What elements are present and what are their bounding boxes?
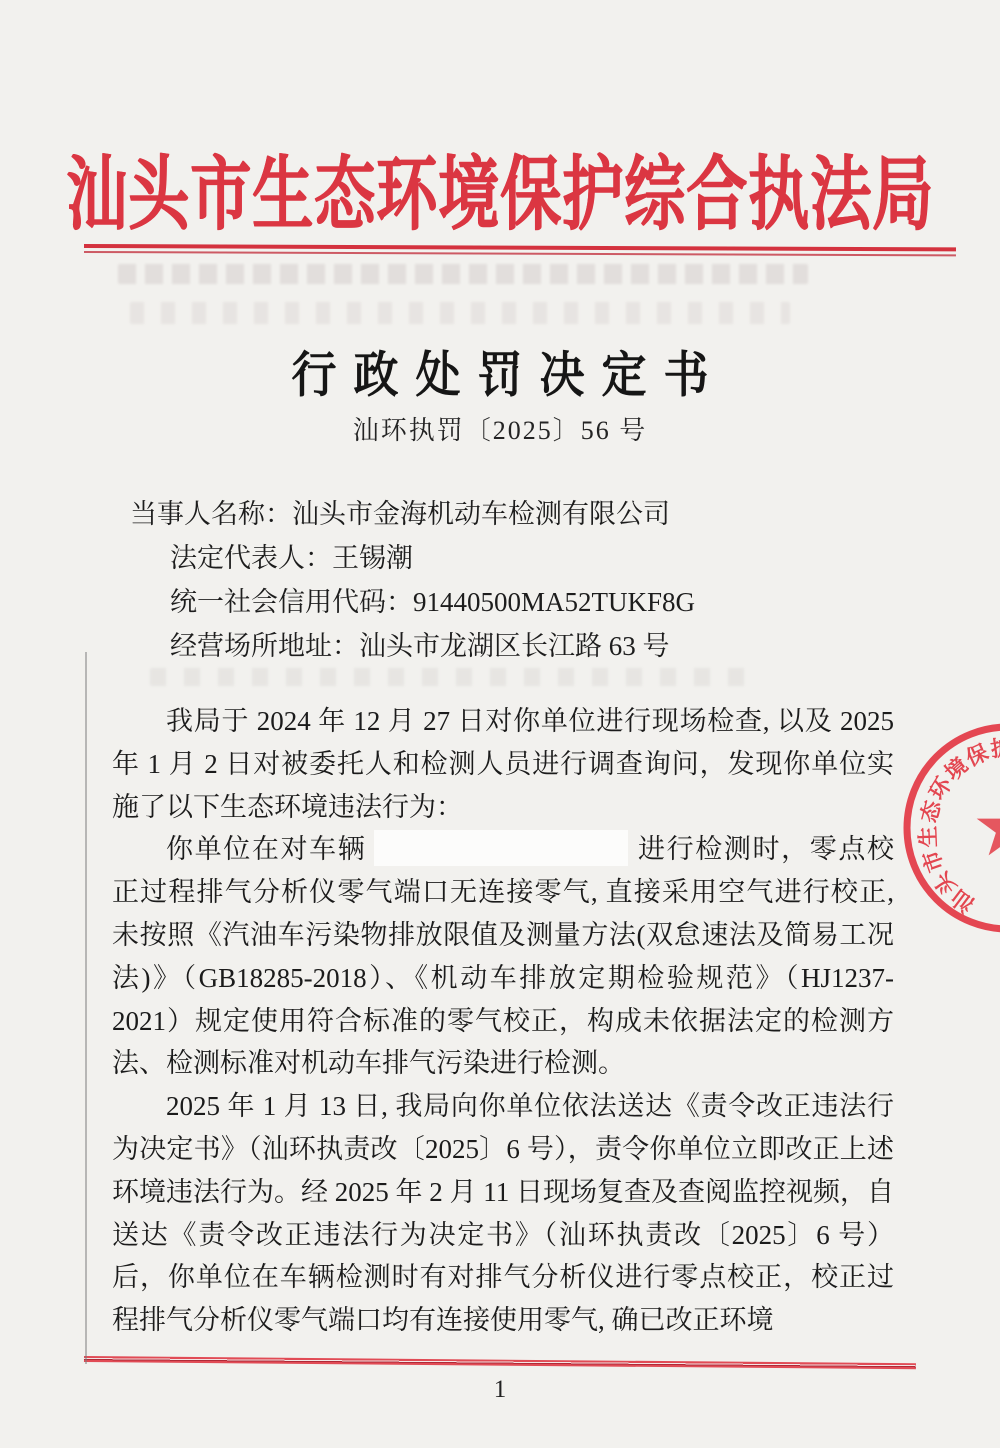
document-title: 行政处罚决定书 — [0, 335, 1000, 405]
paragraph-correction: 2025 年 1 月 13 日, 我局向你单位依法送达《责令改正违法行为决定书》… — [112, 1085, 894, 1342]
party-row-legal-rep: 法定代表人：王锡潮 — [112, 536, 894, 580]
footer-rule — [84, 1356, 916, 1369]
paragraph-violation: 你单位在对车辆进行检测时，零点校正过程排气分析仪零气端口无连接零气, 直接采用空… — [112, 828, 894, 1085]
party-row-name: 当事人名称：汕头市金海机动车检测有限公司 — [112, 492, 894, 536]
party-name-value: 汕头市金海机动车检测有限公司 — [292, 499, 670, 529]
document-page: 汕头市生态环境保护综合执法局 行政处罚决定书 汕环执罚〔2025〕56 号 当事… — [0, 0, 1000, 1448]
address-value: 汕头市龙湖区长江路 63 号 — [359, 631, 670, 661]
party-info-block: 当事人名称：汕头市金海机动车检测有限公司 法定代表人：王锡潮 统一社会信用代码：… — [112, 492, 894, 668]
seal-star-icon — [977, 796, 1000, 855]
bleedthrough-artifact — [130, 302, 790, 324]
credit-code-value: 91440500MA52TUKF8G — [413, 587, 695, 617]
credit-code-label: 统一社会信用代码： — [170, 587, 413, 617]
bleedthrough-artifact — [150, 668, 760, 686]
official-seal: 汕头市生态环境保护综合执法局 — [896, 716, 1000, 956]
legal-rep-value: 王锡潮 — [332, 543, 413, 573]
address-label: 经营场所地址： — [170, 631, 359, 661]
violation-text-before: 你单位在对车辆 — [166, 834, 366, 864]
party-name-label: 当事人名称： — [130, 499, 292, 529]
violation-text-after: 进行检测时，零点校正过程排气分析仪零气端口无连接零气, 直接采用空气进行校正, … — [112, 834, 894, 1078]
bleedthrough-artifact — [118, 264, 808, 284]
scan-artifact-line — [85, 652, 87, 1364]
paragraph-inspection: 我局于 2024 年 12 月 27 日对你单位进行现场检查, 以及 2025 … — [112, 700, 894, 828]
document-body: 我局于 2024 年 12 月 27 日对你单位进行现场检查, 以及 2025 … — [112, 700, 894, 1342]
party-row-address: 经营场所地址：汕头市龙湖区长江路 63 号 — [112, 624, 894, 668]
document-number: 汕环执罚〔2025〕56 号 — [0, 410, 1000, 447]
legal-rep-label: 法定代表人： — [170, 543, 332, 573]
party-row-credit-code: 统一社会信用代码：91440500MA52TUKF8G — [112, 580, 894, 624]
page-number: 1 — [0, 1376, 1000, 1404]
redaction-box — [374, 830, 628, 866]
